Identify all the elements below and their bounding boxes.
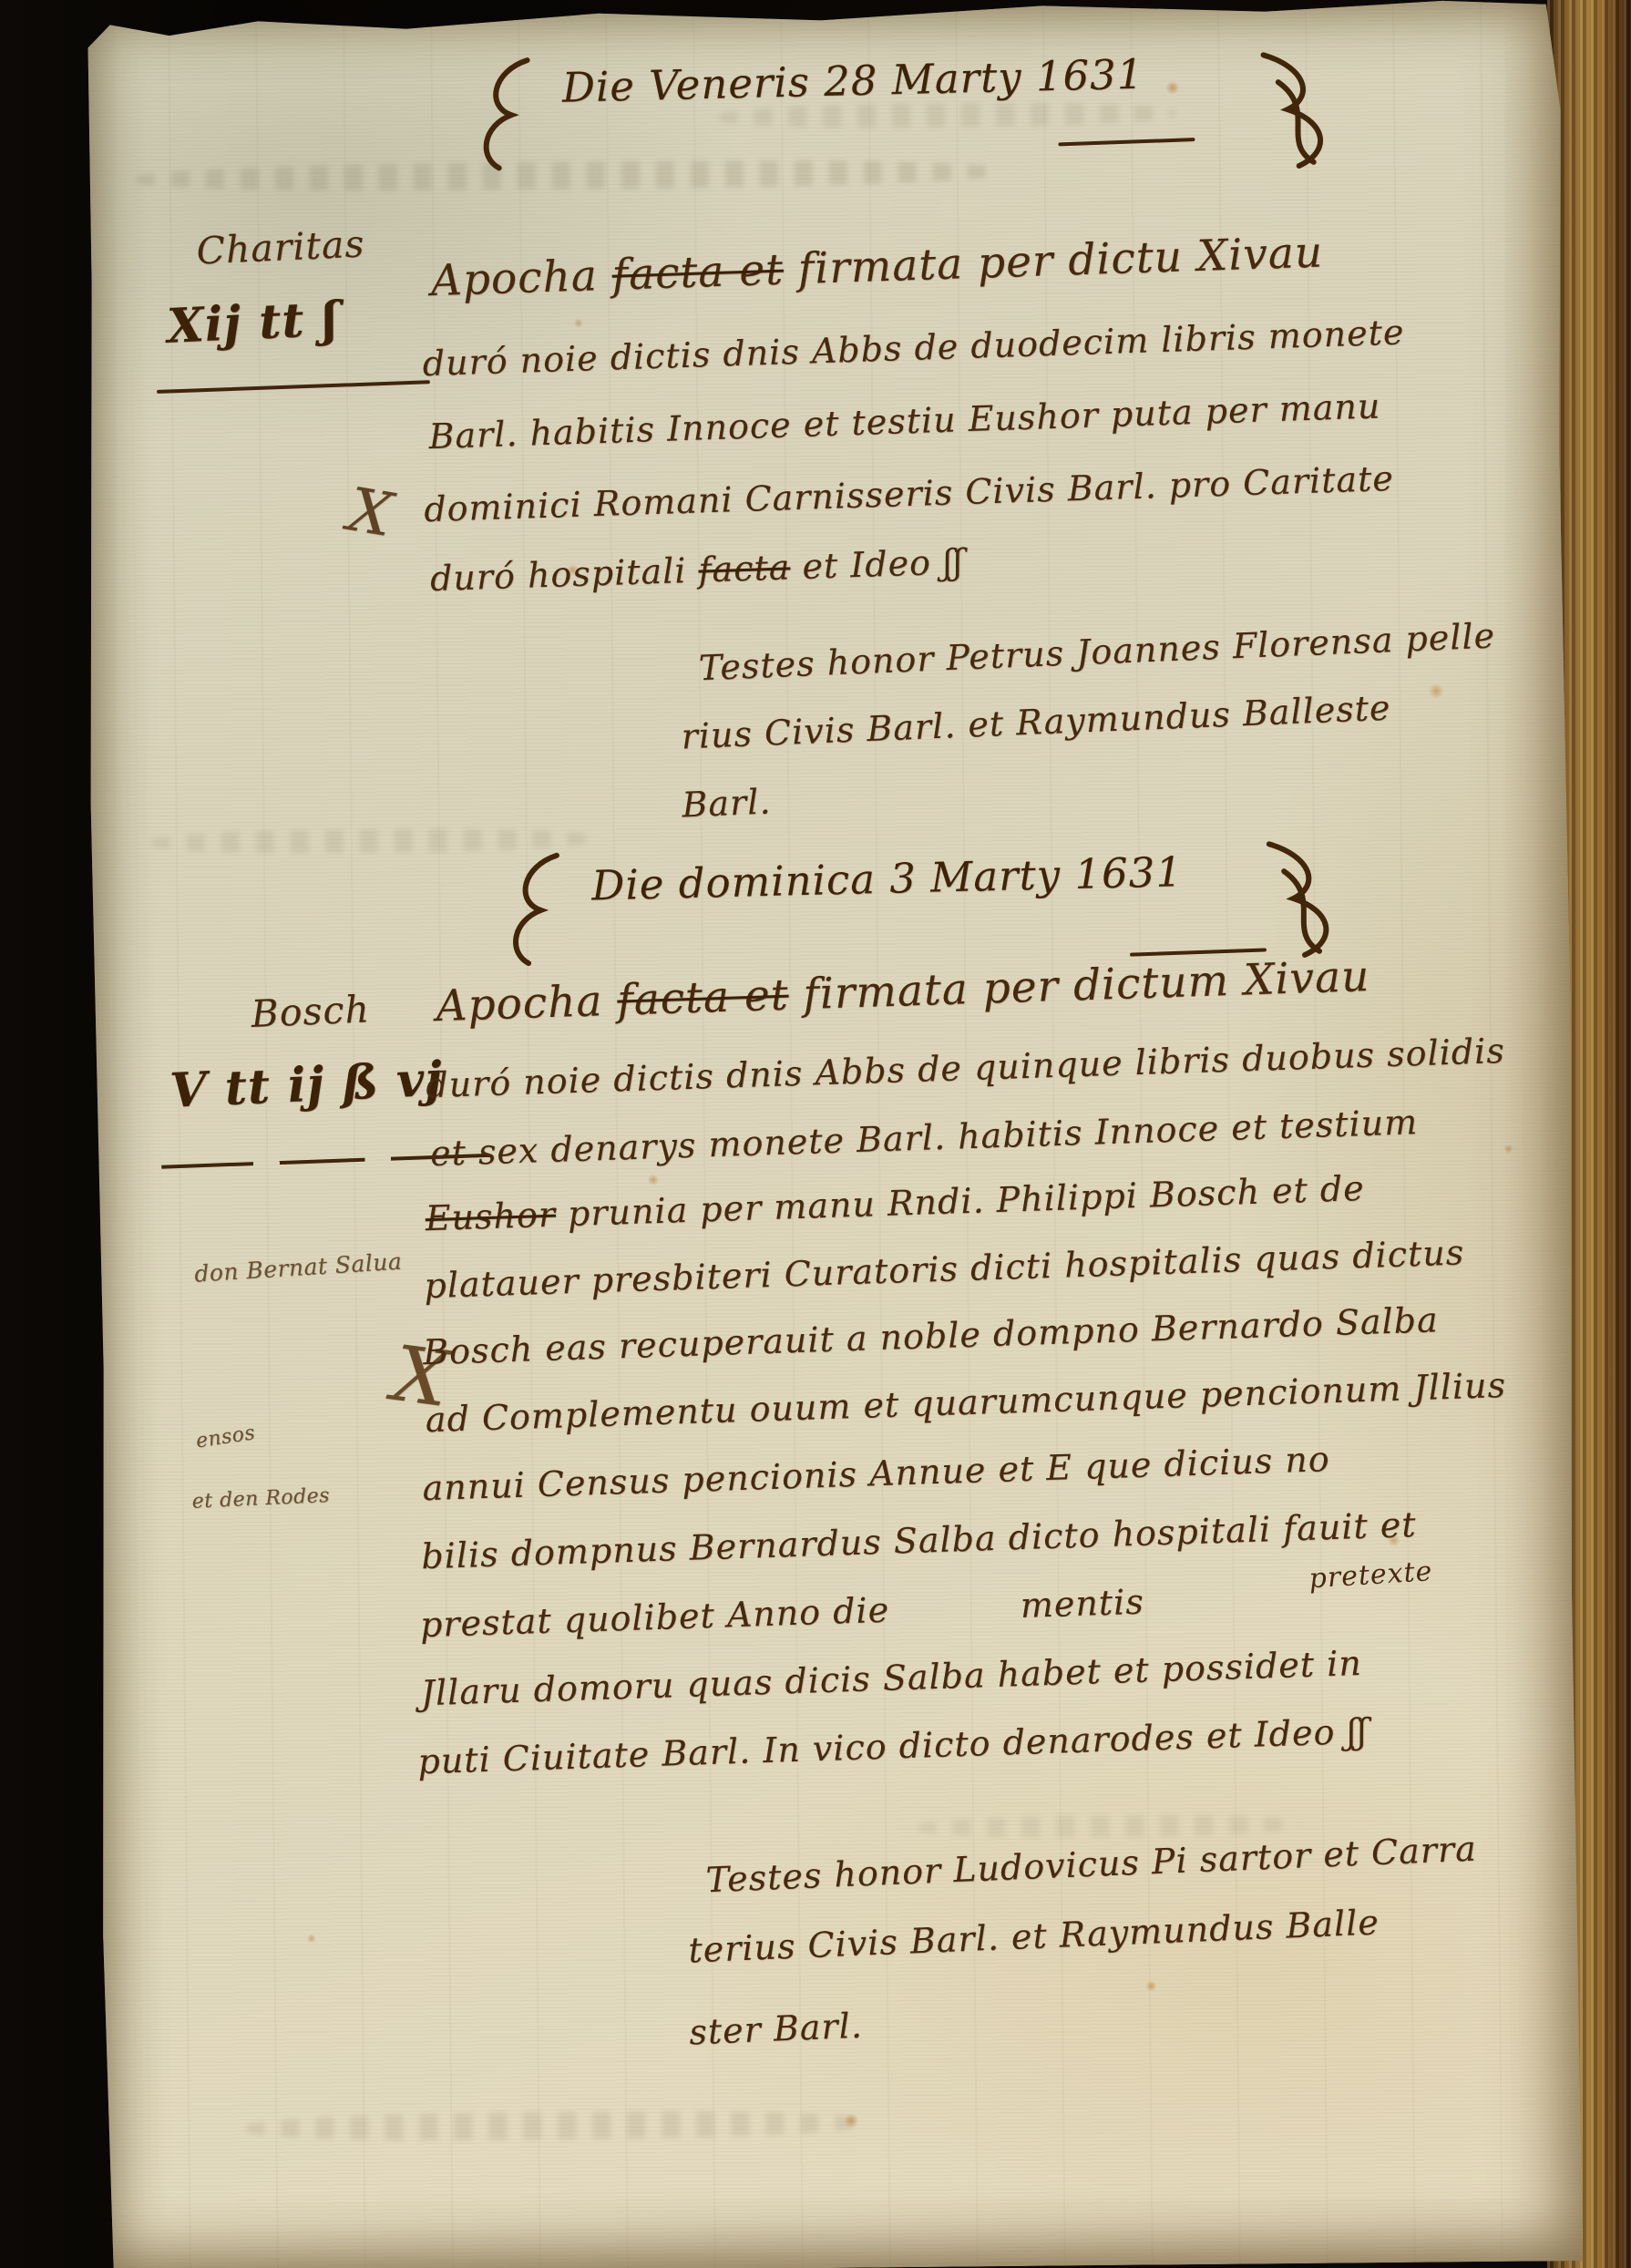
foxing-stain bbox=[1165, 81, 1180, 94]
body-line: Apocha facta et firmata per dictu Xivau bbox=[430, 228, 1324, 307]
body-line: platauer presbiteri Curatoris dicti hosp… bbox=[424, 1232, 1465, 1306]
foxing-stain bbox=[573, 319, 583, 328]
entry1-margin-underline bbox=[157, 380, 430, 394]
heading-flourish-left-icon bbox=[500, 850, 565, 970]
body-line: Bosch eas recuperauit a noble dompno Ber… bbox=[422, 1299, 1439, 1372]
body-line: ad Complementu ouum et quarumcunque penc… bbox=[425, 1365, 1506, 1440]
body-line: puti Ciuitate Barl. In vico dicto denaro… bbox=[417, 1711, 1369, 1782]
entry1-heading-underline bbox=[1058, 138, 1195, 146]
foxing-stain bbox=[306, 1934, 316, 1943]
witness-line: rius Civis Barl. et Raymundus Balleste bbox=[681, 688, 1391, 757]
foxing-stain bbox=[1503, 1144, 1513, 1154]
manuscript-page: Die Veneris 28 Marty 1631 Charitas Xij t… bbox=[80, 0, 1583, 2268]
witness-line: ster Barl. bbox=[688, 2006, 863, 2053]
body-line: duró hospitali facta et Ideo ʃʃ bbox=[429, 541, 964, 599]
foxing-stain bbox=[1145, 1981, 1157, 1992]
body-line: duró noie dictis dnis Abbs de duodecim l… bbox=[422, 312, 1405, 384]
entry2-margin-label: Bosch bbox=[251, 987, 371, 1036]
entry1-margin-label: Charitas bbox=[195, 221, 365, 272]
entry1-margin-amount: Xij tt ʃ bbox=[166, 292, 340, 354]
heading-flourish-left-icon bbox=[471, 55, 536, 174]
witness-line: Testes honor Ludovicus Pi sartor et Carr… bbox=[705, 1829, 1478, 1901]
heading-flourish-right-icon bbox=[1257, 44, 1340, 172]
ghost-bleedthrough bbox=[246, 2109, 866, 2143]
entry2-heading: Die dominica 3 Marty 1631 bbox=[591, 847, 1184, 909]
entry2-margin-note: don Bernat Salua bbox=[193, 1248, 403, 1288]
body-line: annui Census pencionis Annue et E que di… bbox=[422, 1439, 1330, 1508]
body-line: prestat quolibet Anno die mentis bbox=[419, 1582, 1144, 1646]
entry2-margin-amount: V tt ij ß vj bbox=[169, 1052, 444, 1119]
witness-line: Testes honor Petrus Joannes Florensa pel… bbox=[698, 615, 1496, 688]
manuscript-photo: Die Veneris 28 Marty 1631 Charitas Xij t… bbox=[0, 0, 1631, 2268]
raised-word: pretexte bbox=[1308, 1555, 1434, 1595]
body-line: Barl. habitis Innoce et testiu Eushor pu… bbox=[428, 385, 1381, 457]
entry1-margin-cross: X bbox=[344, 475, 398, 551]
body-line: dominici Romani Carnisseris Civis Barl. … bbox=[424, 458, 1395, 529]
foxing-stain bbox=[647, 1175, 659, 1185]
entry2-margin-note: et den Rodes bbox=[191, 1484, 330, 1514]
foxing-stain bbox=[1428, 683, 1444, 698]
witness-line: terius Civis Barl. et Raymundus Balle bbox=[688, 1902, 1380, 1970]
foxing-stain bbox=[843, 2114, 859, 2128]
body-line: Jllaru domoru quas dicis Salba habet et … bbox=[420, 1643, 1362, 1713]
body-line: Apocha facta et firmata per dictum Xivau bbox=[436, 951, 1370, 1031]
entry2-margin-note: ensos bbox=[194, 1421, 257, 1452]
ghost-bleedthrough bbox=[137, 158, 1002, 193]
body-line: et sex denarys monete Barl. habitis Inno… bbox=[429, 1102, 1418, 1174]
body-line: bilis dompnus Bernardus Salba dicto hosp… bbox=[421, 1504, 1418, 1576]
body-line: Eushor prunia per manu Rndi. Philippi Bo… bbox=[425, 1168, 1365, 1238]
heading-flourish-right-icon bbox=[1264, 833, 1347, 961]
witness-line: Barl. bbox=[682, 782, 773, 826]
body-line: duró noie dictis dnis Abbs de quinque li… bbox=[426, 1031, 1506, 1105]
ghost-bleedthrough bbox=[918, 1813, 1300, 1839]
